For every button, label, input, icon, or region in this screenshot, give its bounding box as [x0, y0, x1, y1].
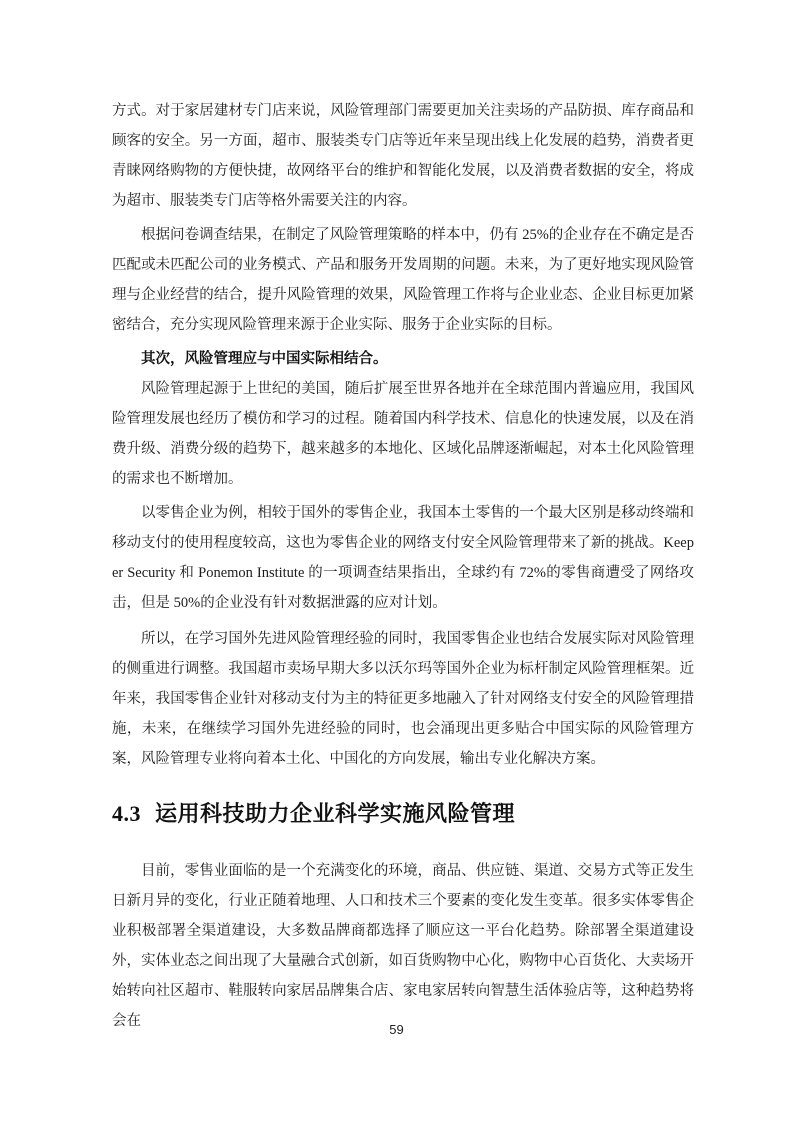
body-paragraph: 方式。对于家居建材专门店来说，风险管理部门需要更加关注卖场的产品防损、库存商品和… — [112, 96, 694, 216]
body-paragraph: 以零售企业为例，相较于国外的零售企业，我国本土零售的一个最大区别是移动终端和移动… — [112, 498, 694, 618]
document-page: 方式。对于家居建材专门店来说，风险管理部门需要更加关注卖场的产品防损、库存商品和… — [0, 0, 793, 1122]
section-heading: 4.3运用科技助力企业科学实施风险管理 — [112, 796, 694, 832]
body-paragraph: 风险管理起源于上世纪的美国，随后扩展至世界各地并在全球范围内普遍应用，我国风险管… — [112, 374, 694, 494]
body-paragraph: 所以，在学习国外先进风险管理经验的同时，我国零售企业也结合发展实际对风险管理的侧… — [112, 624, 694, 774]
body-paragraph: 根据问卷调查结果，在制定了风险管理策略的样本中，仍有 25%的企业存在不确定是否… — [112, 220, 694, 340]
body-paragraph: 目前，零售业面临的是一个充满变化的环境，商品、供应链、渠道、交易方式等正发生日新… — [112, 856, 694, 1036]
page-content: 方式。对于家居建材专门店来说，风险管理部门需要更加关注卖场的产品防损、库存商品和… — [112, 96, 694, 1040]
section-title: 运用科技助力企业科学实施风险管理 — [155, 801, 515, 826]
page-number: 59 — [0, 1022, 793, 1037]
bold-subheading: 其次，风险管理应与中国实际相结合。 — [112, 344, 694, 374]
section-number: 4.3 — [112, 801, 141, 826]
